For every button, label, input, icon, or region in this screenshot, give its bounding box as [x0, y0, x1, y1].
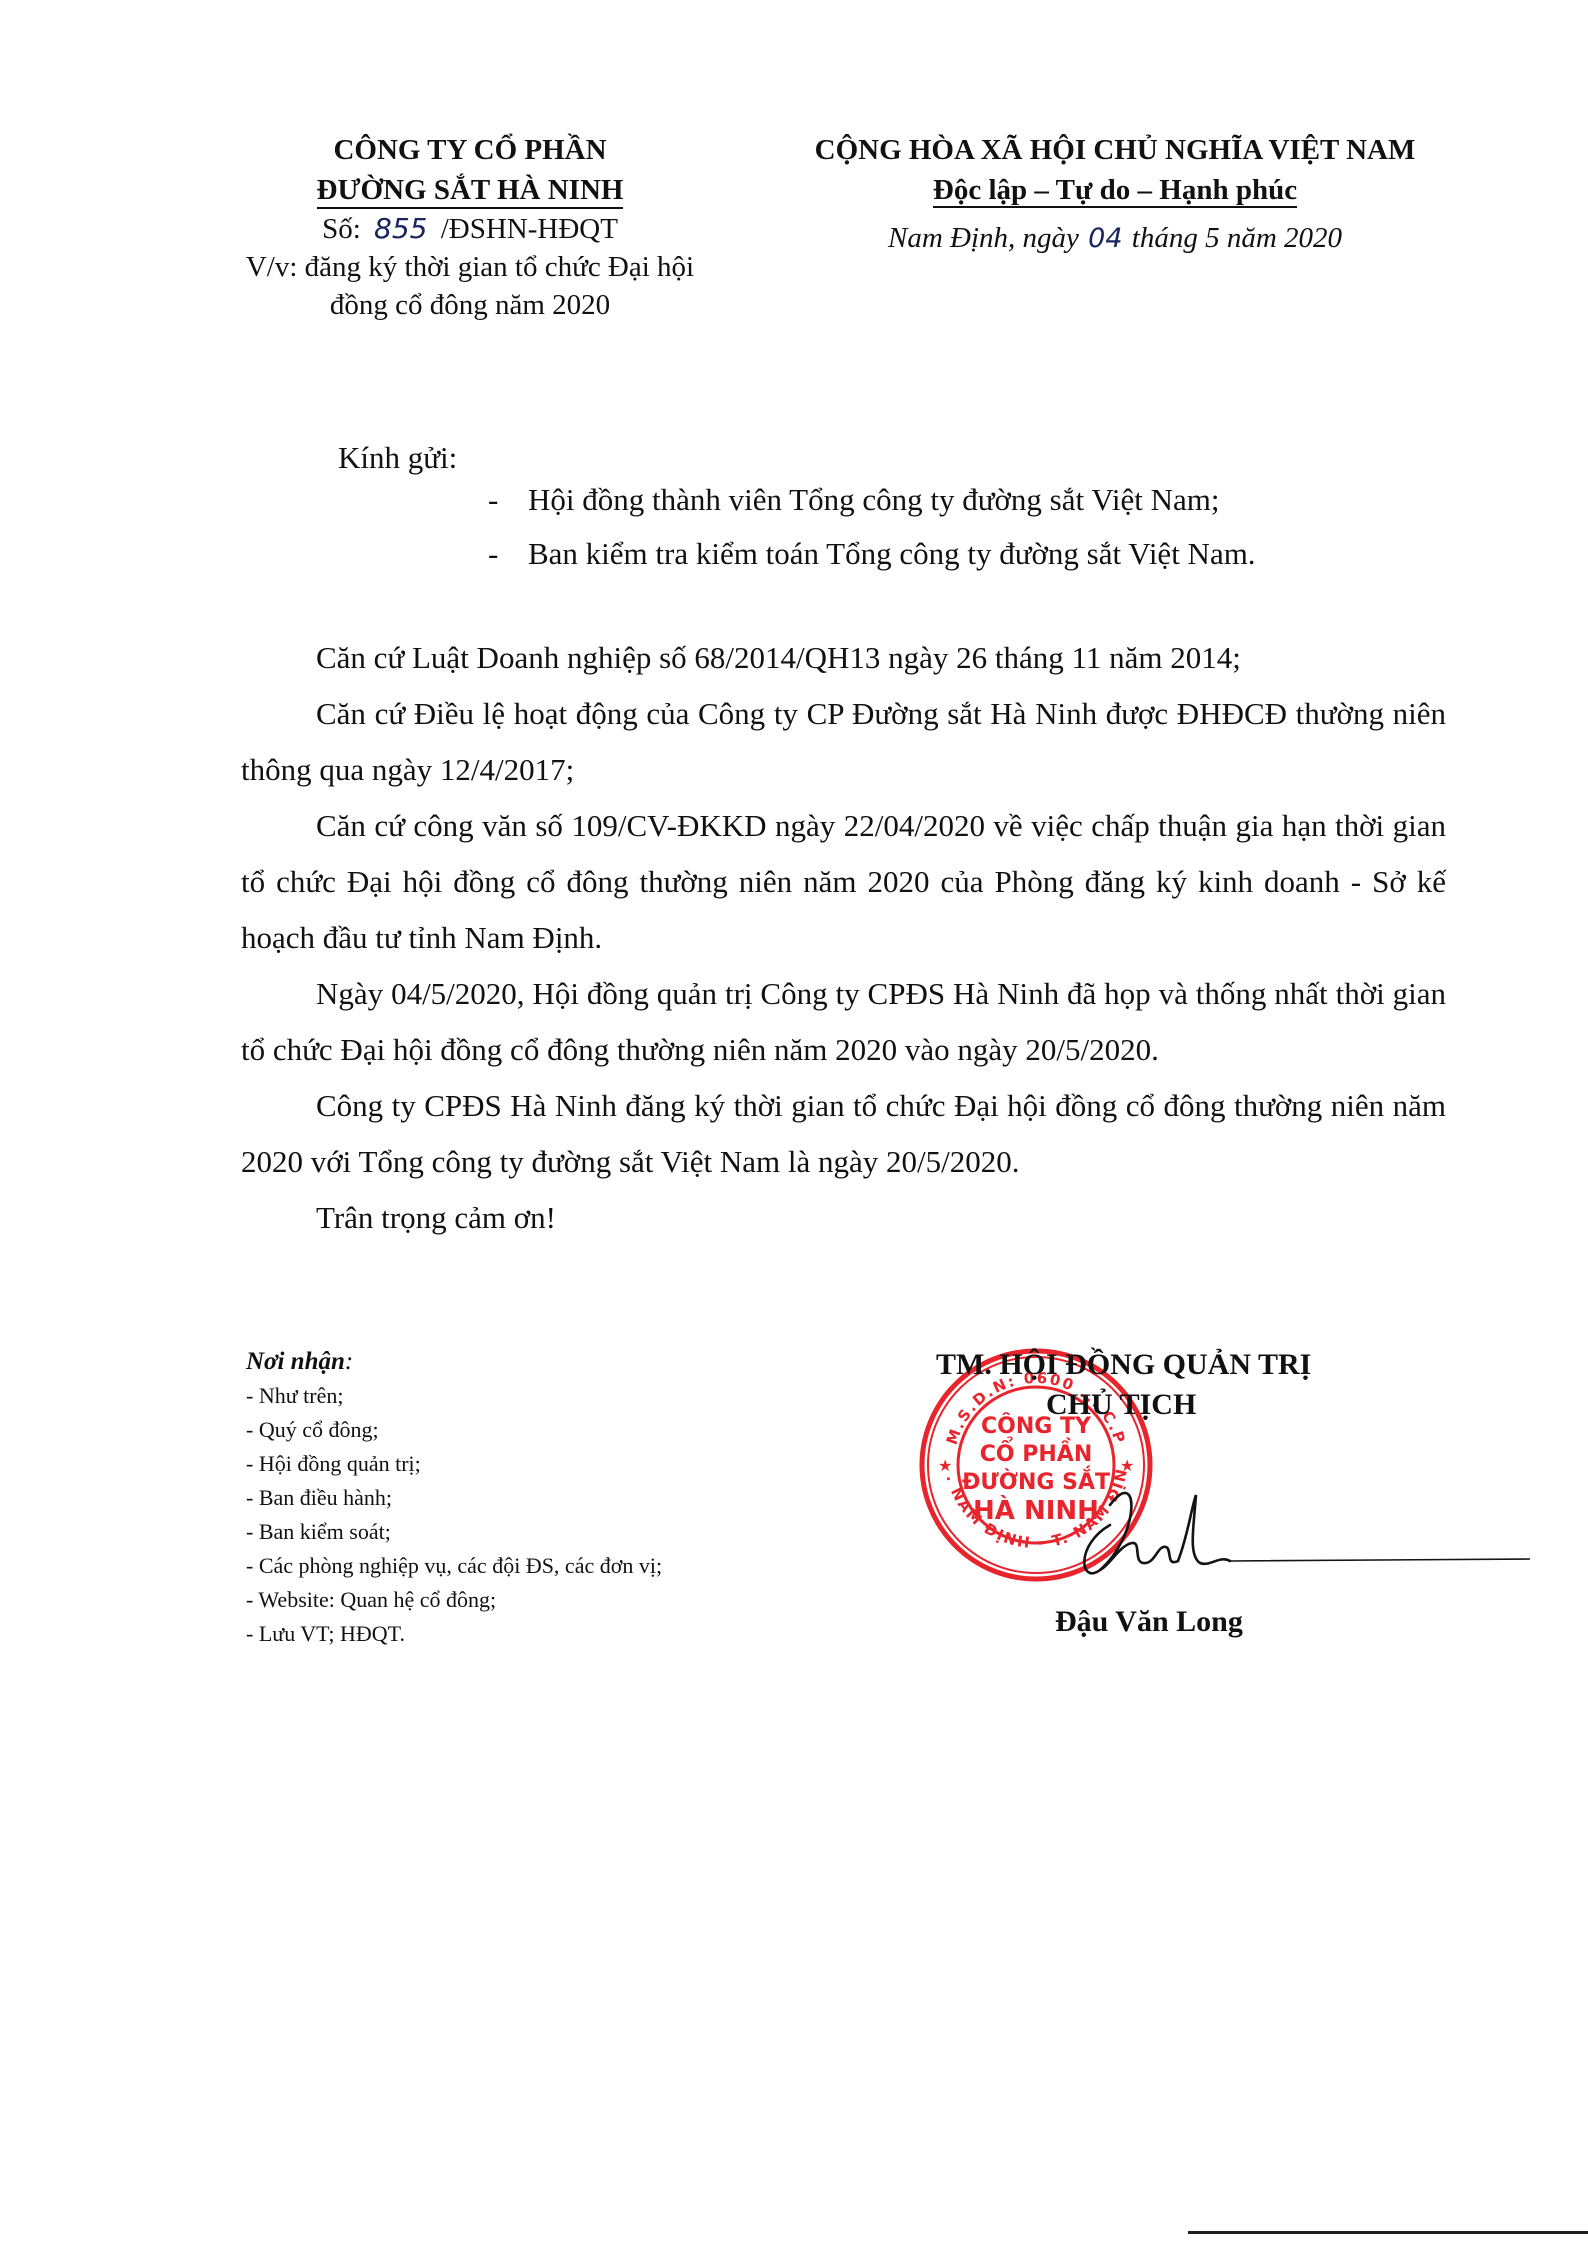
signatory-title: TM. HỘI ĐỒNG QUẢN TRỊ — [936, 1345, 1311, 1385]
company-name-line1: CÔNG TY CỔ PHẦN — [220, 130, 720, 170]
document-number: Số: 855 /ĐSHN-HĐQT — [220, 210, 720, 248]
letter-body: Căn cứ Luật Doanh nghiệp số 68/2014/QH13… — [241, 630, 1446, 1246]
distribution-item: - Hội đồng quản trị; — [246, 1447, 662, 1481]
distribution-item: - Như trên; — [246, 1379, 662, 1413]
handwritten-signature-icon — [1070, 1475, 1530, 1585]
document-page: CÔNG TY CỔ PHẦN ĐƯỜNG SẮT HÀ NINH Số: 85… — [0, 0, 1588, 2244]
distribution-item: - Website: Quan hệ cổ đông; — [246, 1583, 662, 1617]
nation-title: CỘNG HÒA XÃ HỘI CHỦ NGHĨA VIỆT NAM — [770, 130, 1460, 170]
document-date: Nam Định, ngày 04 tháng 5 năm 2020 — [770, 214, 1460, 263]
recipients-label: Kính gửi: — [338, 440, 457, 476]
svg-text:CỔ PHẦN: CỔ PHẦN — [980, 1437, 1092, 1467]
recipient-item: -Hội đồng thành viên Tổng công ty đường … — [488, 482, 1219, 518]
body-paragraph: Công ty CPĐS Hà Ninh đăng ký thời gian t… — [241, 1078, 1446, 1190]
national-header: CỘNG HÒA XÃ HỘI CHỦ NGHĨA VIỆT NAM Độc l… — [770, 130, 1460, 263]
subject-line1: V/v: đăng ký thời gian tổ chức Đại hội — [220, 248, 720, 286]
handwritten-day: 04 — [1086, 223, 1124, 254]
recipient-item: -Ban kiểm tra kiểm toán Tổng công ty đườ… — [488, 536, 1256, 572]
distribution-item: - Các phòng nghiệp vụ, các đội ĐS, các đ… — [246, 1549, 662, 1583]
national-motto: Độc lập – Tự do – Hạnh phúc — [770, 170, 1460, 210]
svg-text:★: ★ — [938, 1456, 952, 1475]
distribution-item: - Ban kiểm soát; — [246, 1515, 662, 1549]
scan-edge — [1188, 2231, 1588, 2234]
distribution-item: - Quý cổ đông; — [246, 1413, 662, 1447]
body-paragraph: Căn cứ công văn số 109/CV-ĐKKD ngày 22/0… — [241, 798, 1446, 966]
body-paragraph: Căn cứ Điều lệ hoạt động của Công ty CP … — [241, 686, 1446, 798]
company-name-line2: ĐƯỜNG SẮT HÀ NINH — [220, 170, 720, 210]
signatory-position: CHỦ TỊCH — [1046, 1385, 1196, 1425]
distribution-list: Nơi nhận: - Như trên; - Quý cổ đông; - H… — [246, 1345, 662, 1651]
body-paragraph: Ngày 04/5/2020, Hội đồng quản trị Công t… — [241, 966, 1446, 1078]
issuer-header: CÔNG TY CỔ PHẦN ĐƯỜNG SẮT HÀ NINH Số: 85… — [220, 130, 720, 324]
distribution-item: - Lưu VT; HĐQT. — [246, 1617, 662, 1651]
signer-name: Đậu Văn Long — [1055, 1605, 1243, 1639]
distribution-item: - Ban điều hành; — [246, 1481, 662, 1515]
body-paragraph: Trân trọng cảm ơn! — [241, 1190, 1446, 1246]
subject-line2: đồng cổ đông năm 2020 — [220, 286, 720, 324]
distribution-title: Nơi nhận: — [246, 1345, 662, 1379]
svg-text:★: ★ — [1120, 1456, 1134, 1475]
body-paragraph: Căn cứ Luật Doanh nghiệp số 68/2014/QH13… — [241, 630, 1446, 686]
handwritten-number: 855 — [368, 212, 433, 245]
